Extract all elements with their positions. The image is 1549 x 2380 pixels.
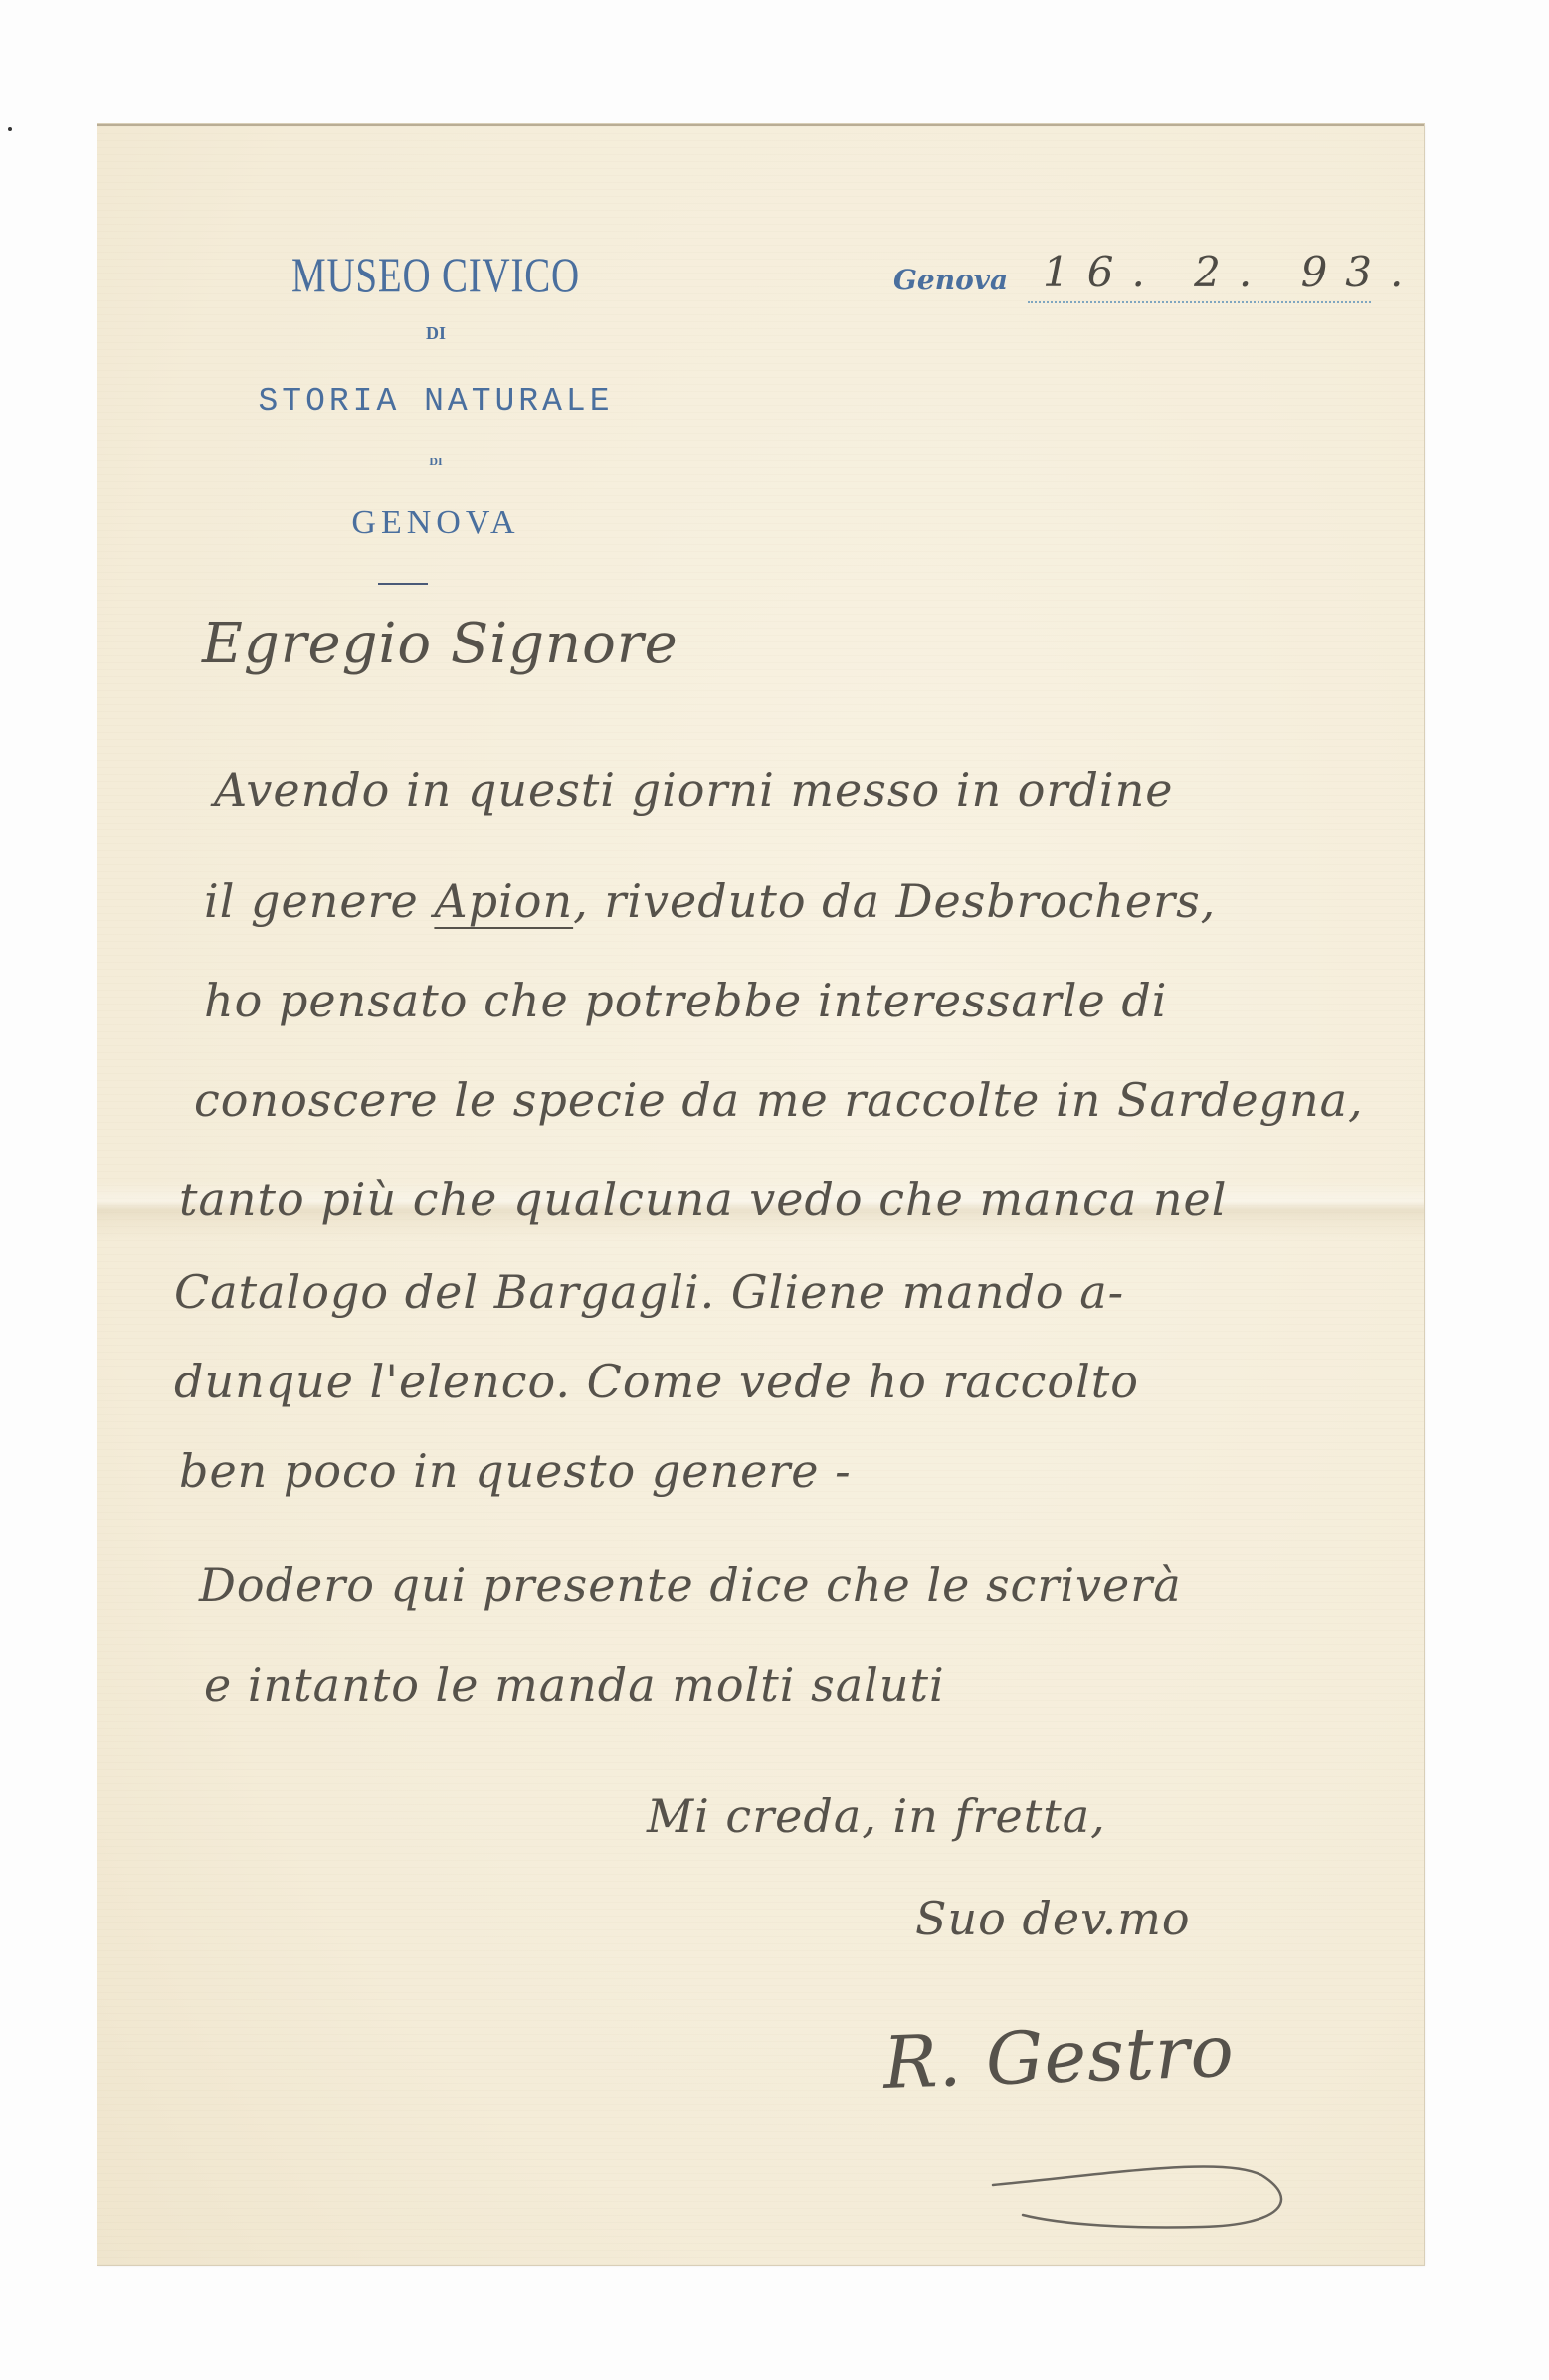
letter-line-7: dunque l'elenco. Come vede ho raccolto: [174, 1355, 1139, 1408]
letterhead-di: DI: [227, 323, 645, 344]
letter-line-3: ho pensato che potrebbe interessarle di: [204, 974, 1167, 1027]
letter-line-10: e intanto le manda molti saluti: [204, 1658, 945, 1712]
genus-name-underlined: Apion: [434, 874, 573, 928]
signature: R. Gestro: [882, 2009, 1236, 2105]
letterhead-di-small: DI: [227, 455, 645, 469]
closing-line-1: Mi creda, in fretta,: [647, 1789, 1106, 1843]
signature-flourish-icon: [983, 2115, 1301, 2235]
salutation: Egregio Signore: [202, 612, 678, 676]
date-handwritten: 16. 2. 93.: [1043, 248, 1421, 296]
letter-line-8: ben poco in questo genere -: [179, 1444, 852, 1498]
letter-line-6: Catalogo del Bargagli. Gliene mando a-: [174, 1265, 1124, 1319]
letter-line-5: tanto più che qualcuna vedo che manca ne…: [179, 1173, 1228, 1226]
scan-speck: [8, 127, 12, 131]
text-segment: , riveduto da Desbrochers,: [573, 874, 1216, 928]
letter-line-9: Dodero qui presente dice che le scriverà: [199, 1558, 1182, 1612]
date-dotted-line: [1028, 301, 1371, 303]
letter-line-1: Avendo in questi giorni messo in ordine: [214, 763, 1173, 817]
letterhead-genova: GENOVA: [227, 504, 645, 542]
closing-line-2: Suo dev.mo: [915, 1892, 1191, 1945]
letterhead-museo-civico: MUSEO CIVICO: [273, 246, 599, 303]
letter-line-4: conoscere le specie da me raccolte in Sa…: [194, 1073, 1364, 1127]
letterhead-storia-naturale: STORIA NATURALE: [147, 383, 724, 420]
letter-sheet: MUSEO CIVICO DI STORIA NATURALE DI GENOV…: [97, 124, 1424, 2265]
letter-line-2: il genere Apion, riveduto da Desbrochers…: [204, 874, 1216, 928]
letterhead-divider: [378, 583, 428, 585]
date-place-label: Genova: [893, 264, 1008, 296]
text-segment: il genere: [204, 874, 419, 928]
